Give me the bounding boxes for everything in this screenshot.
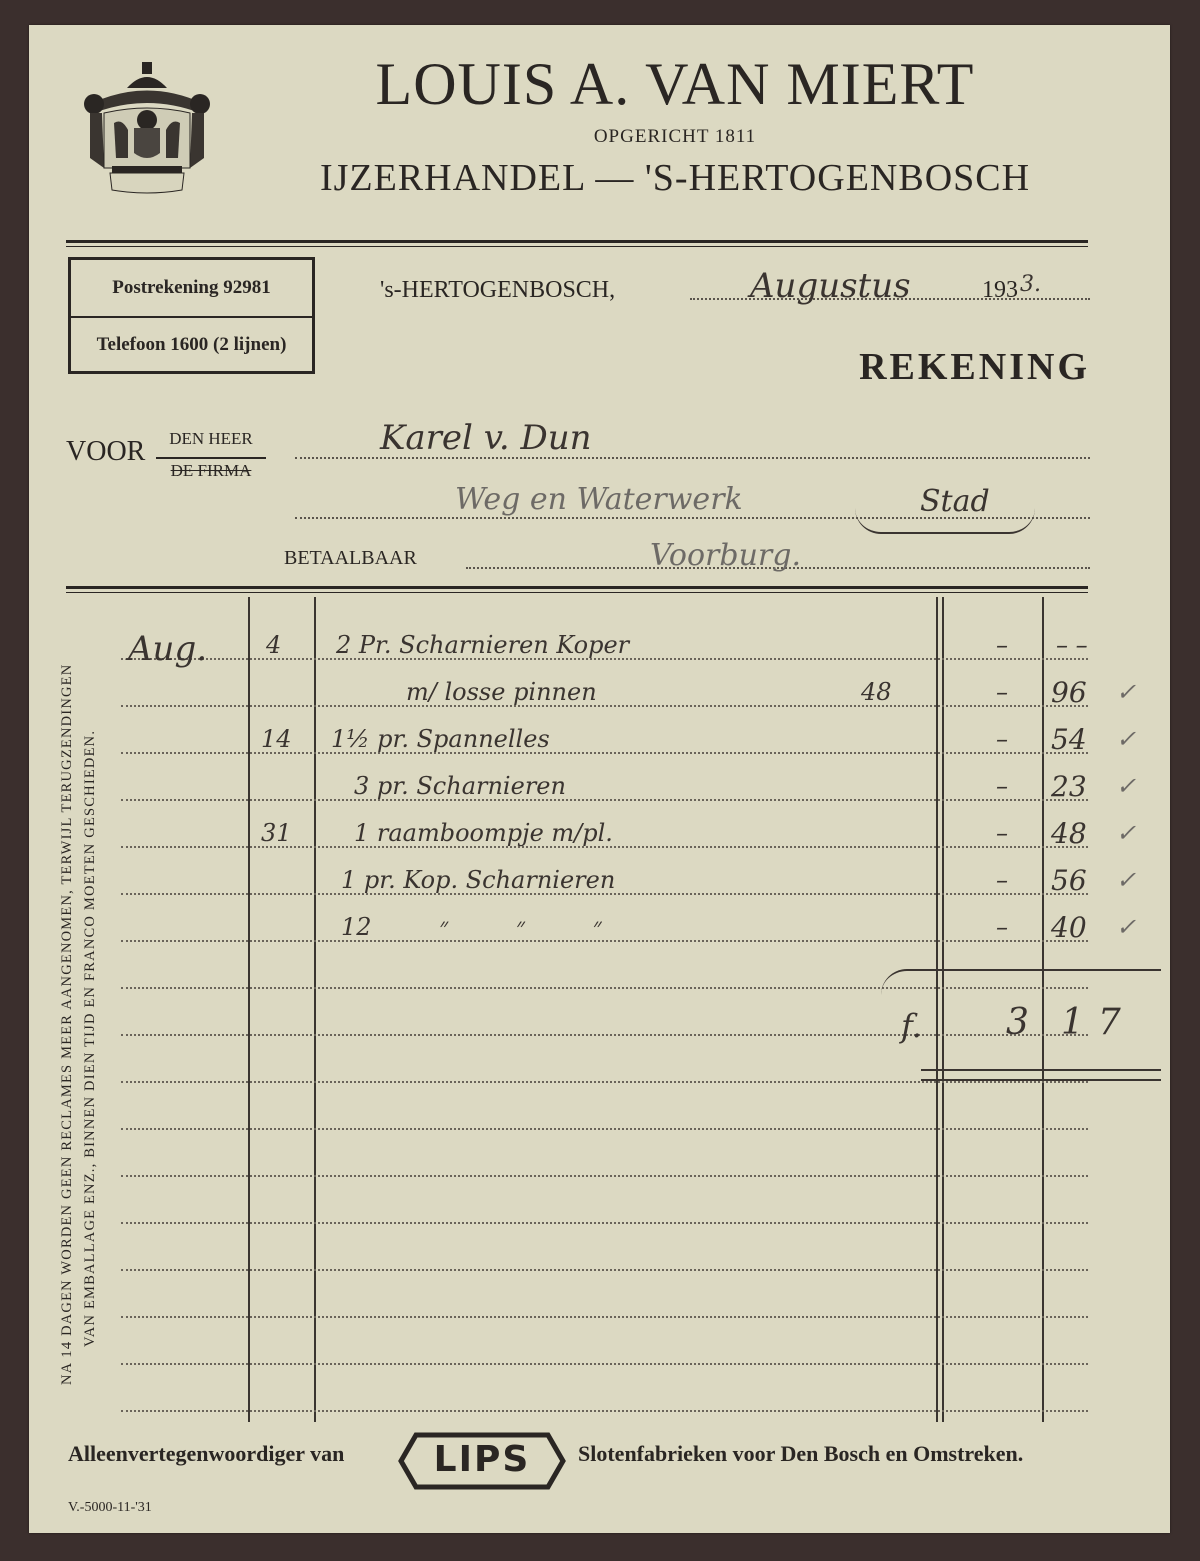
royal-coat-of-arms-icon [72,58,222,198]
den-heer-label: DEN HEER [156,429,266,449]
row-day: 14 [261,725,292,753]
row-cents: 54 [1051,723,1087,756]
print-code: V.-5000-11-'31 [68,1500,152,1516]
row-description: 1 pr. Kop. Scharnieren [341,866,615,894]
trade-and-city: IJZERHANDEL — 'S-HERTOGENBOSCH [255,156,1095,200]
total-cents: 17 [1061,1002,1135,1043]
row-description: m/ losse pinnen [406,678,597,706]
postrekening: Postrekening 92981 [71,260,312,316]
company-name: LOUIS A. VAN MIERT [255,52,1095,116]
row-description: 3 pr. Scharnieren [354,772,566,800]
row-guilders: – [996,913,1008,941]
row-cents: – – [1056,631,1088,659]
lips-logo: LIPS [398,1432,566,1490]
header-divider [66,240,1088,247]
col-divider-date [248,597,250,1422]
row-guilders: – [996,772,1008,800]
row-check: ✓ [1116,913,1136,941]
total-flourish-top [881,969,1161,995]
voor-label: VOOR [66,436,145,468]
row-check: ✓ [1116,819,1136,847]
total-guilders: 3 [1006,1002,1029,1043]
row-cents: 23 [1051,770,1087,803]
founded-year: OPGERICHT 1811 [255,126,1095,148]
row-description: 1 raamboompje m/pl. [354,819,613,847]
row-cents: 96 [1051,676,1087,709]
de-firma-label: DE FIRMA [156,457,266,481]
dateline-year-prefix: 193 [982,277,1018,304]
col-divider-amount-1 [936,597,938,1422]
total-double-underline [921,1069,1161,1081]
addressee-name: Karel v. Dun [380,418,592,458]
row-description: 1½ pr. Spannelles [331,725,550,753]
dateline-place: 's-HERTOGENBOSCH, [380,277,615,304]
lips-logo-text: LIPS [398,1439,566,1480]
document-title: REKENING [780,345,1090,389]
table-top-divider [66,586,1088,593]
row-cents: 40 [1051,911,1087,944]
row-guilders: – [996,866,1008,894]
invoice-table: Aug. 4 2 Pr. Scharnieren Koper – – – m/ … [66,597,1088,1422]
row-check: ✓ [1116,725,1136,753]
telefoon: Telefoon 1600 (2 lijnen) [71,316,312,374]
row-guilders: – [996,678,1008,706]
betaalbaar-value: Voorburg. [650,538,801,573]
contact-box: Postrekening 92981 Telefoon 1600 (2 lijn… [68,257,315,374]
row-day: 31 [261,819,292,847]
footer-left-text: Alleenvertegenwoordiger van [68,1441,344,1467]
row-check: ✓ [1116,772,1136,800]
dateline-year-suffix: 3. [1020,272,1041,297]
invoice-month: Aug. [128,629,207,669]
row-description: 12 ״ ״ ״ [341,913,602,942]
col-divider-amount-2 [942,597,944,1422]
col-divider-day [314,597,316,1422]
row-unit-note: 48 [861,678,892,706]
row-description: 2 Pr. Scharnieren Koper [336,631,629,659]
row-check: ✓ [1116,866,1136,894]
betaalbaar-label: BETAALBAAR [284,547,417,570]
row-guilders: – [996,725,1008,753]
total-prefix: f. [901,1007,922,1045]
dateline-month: Augustus [750,266,911,306]
row-guilders: – [996,819,1008,847]
row-guilders: – [996,631,1008,659]
footer-right-text: Slotenfabrieken voor Den Bosch en Omstre… [578,1441,1023,1467]
flourish [855,508,1035,534]
row-cents: 56 [1051,864,1087,897]
row-cents: 48 [1051,817,1087,850]
col-divider-cents [1042,597,1044,1422]
row-day: 4 [266,631,281,659]
addressee-line2: Weg en Waterwerk [455,482,743,517]
row-check: ✓ [1116,678,1136,706]
